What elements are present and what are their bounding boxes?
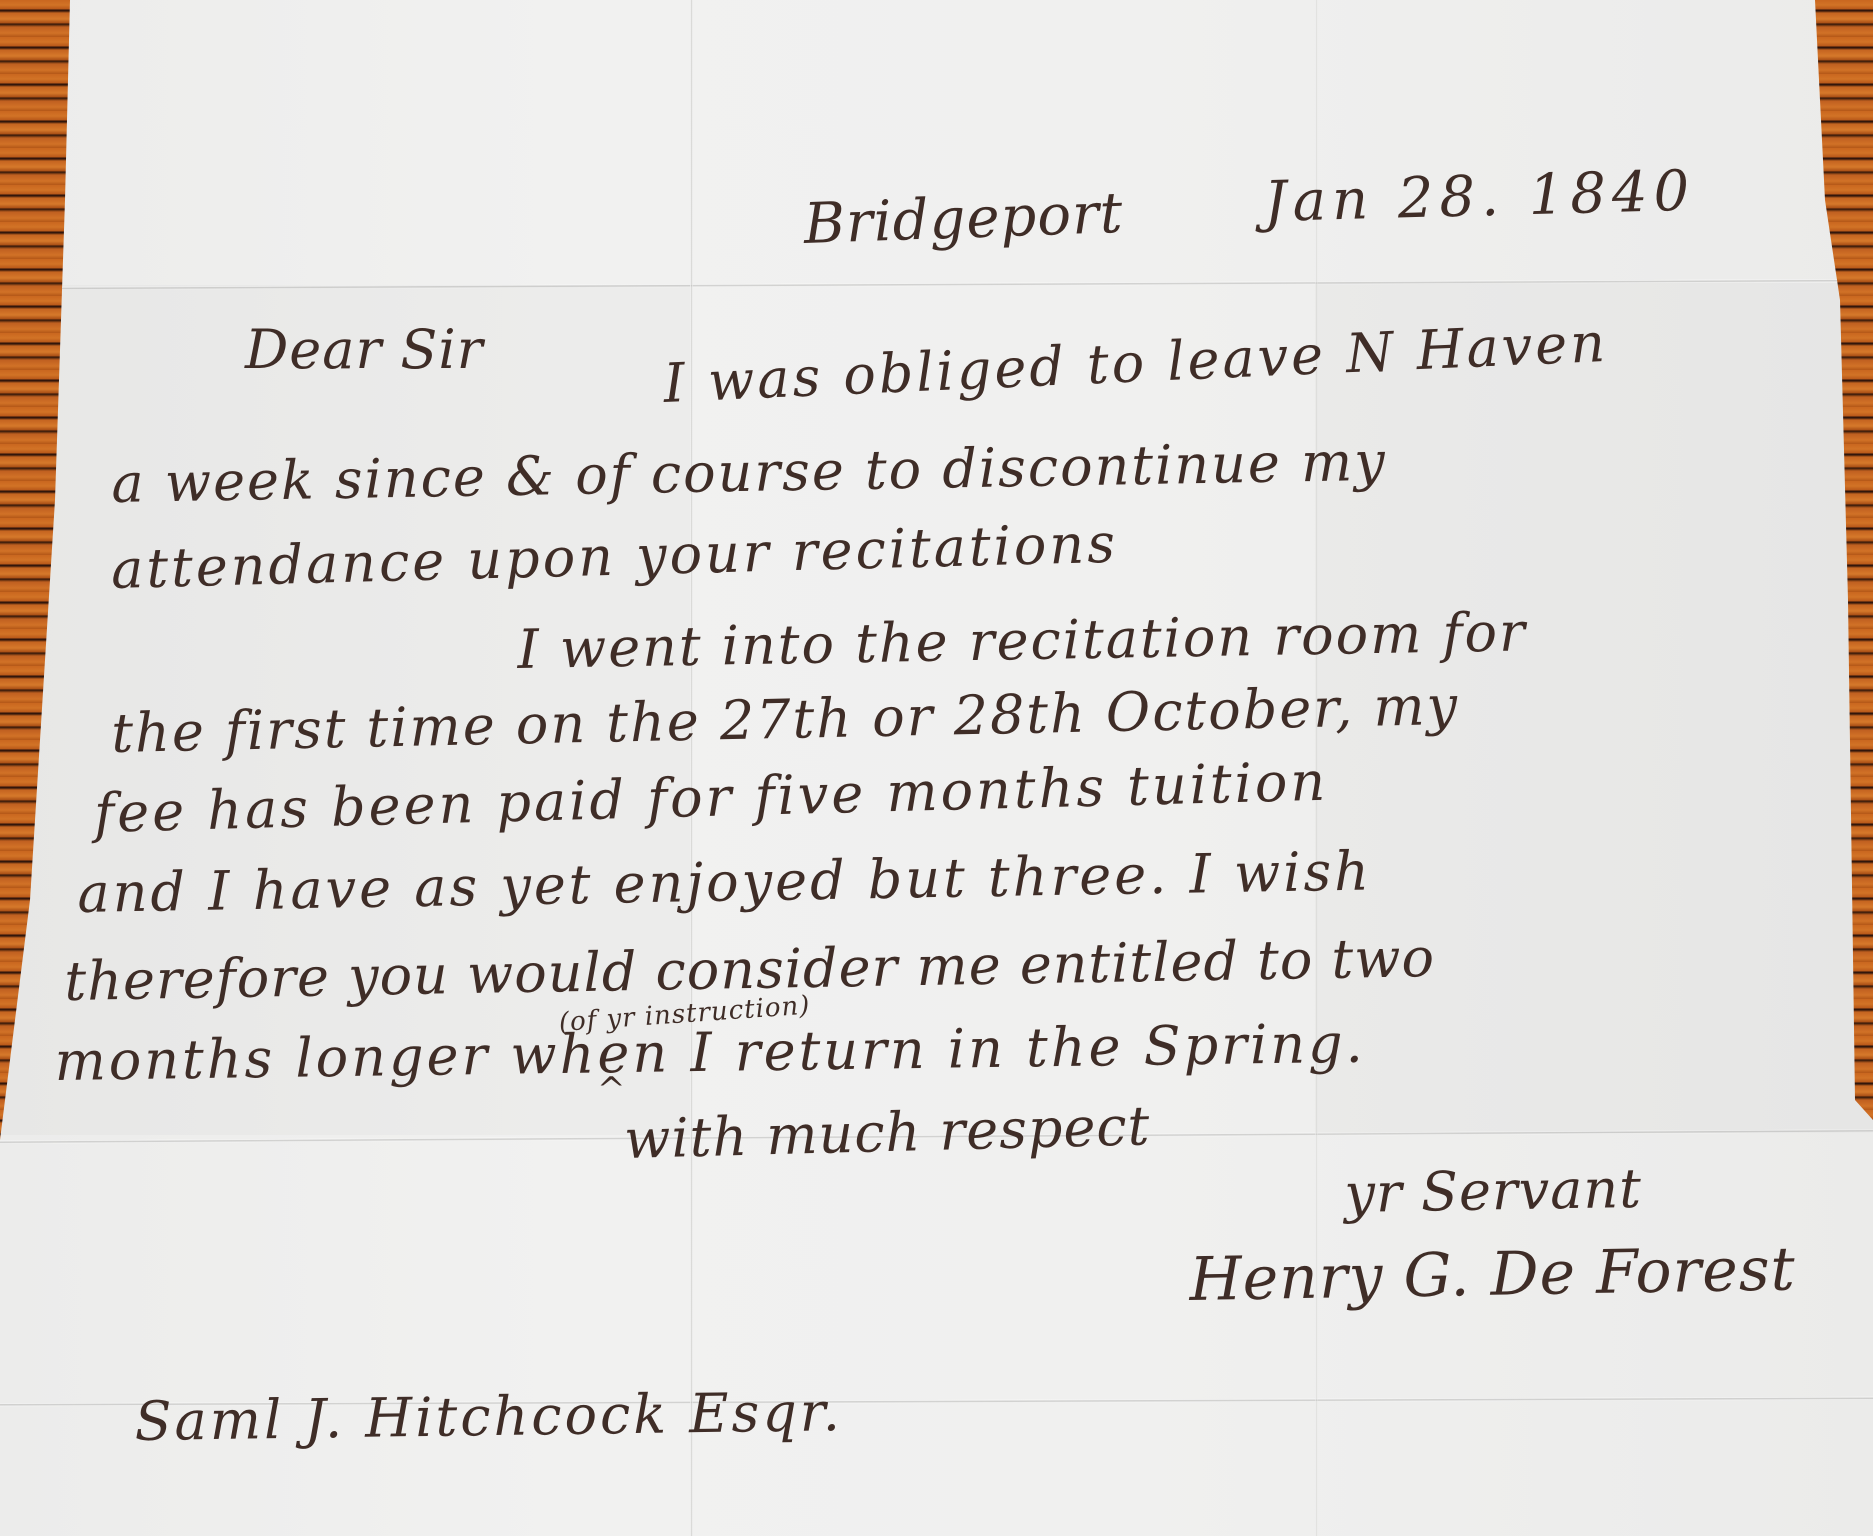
signature: Henry G. De Forest bbox=[1189, 1234, 1796, 1315]
closing-servant: yr Servant bbox=[1344, 1157, 1642, 1225]
letter-place: Bridgeport bbox=[803, 181, 1125, 257]
addressee: Saml J. Hitchcock Esqr. bbox=[134, 1380, 843, 1453]
letter-salutation: Dear Sir bbox=[245, 318, 484, 381]
letter-date: Jan 28. 1840 bbox=[1263, 159, 1696, 235]
